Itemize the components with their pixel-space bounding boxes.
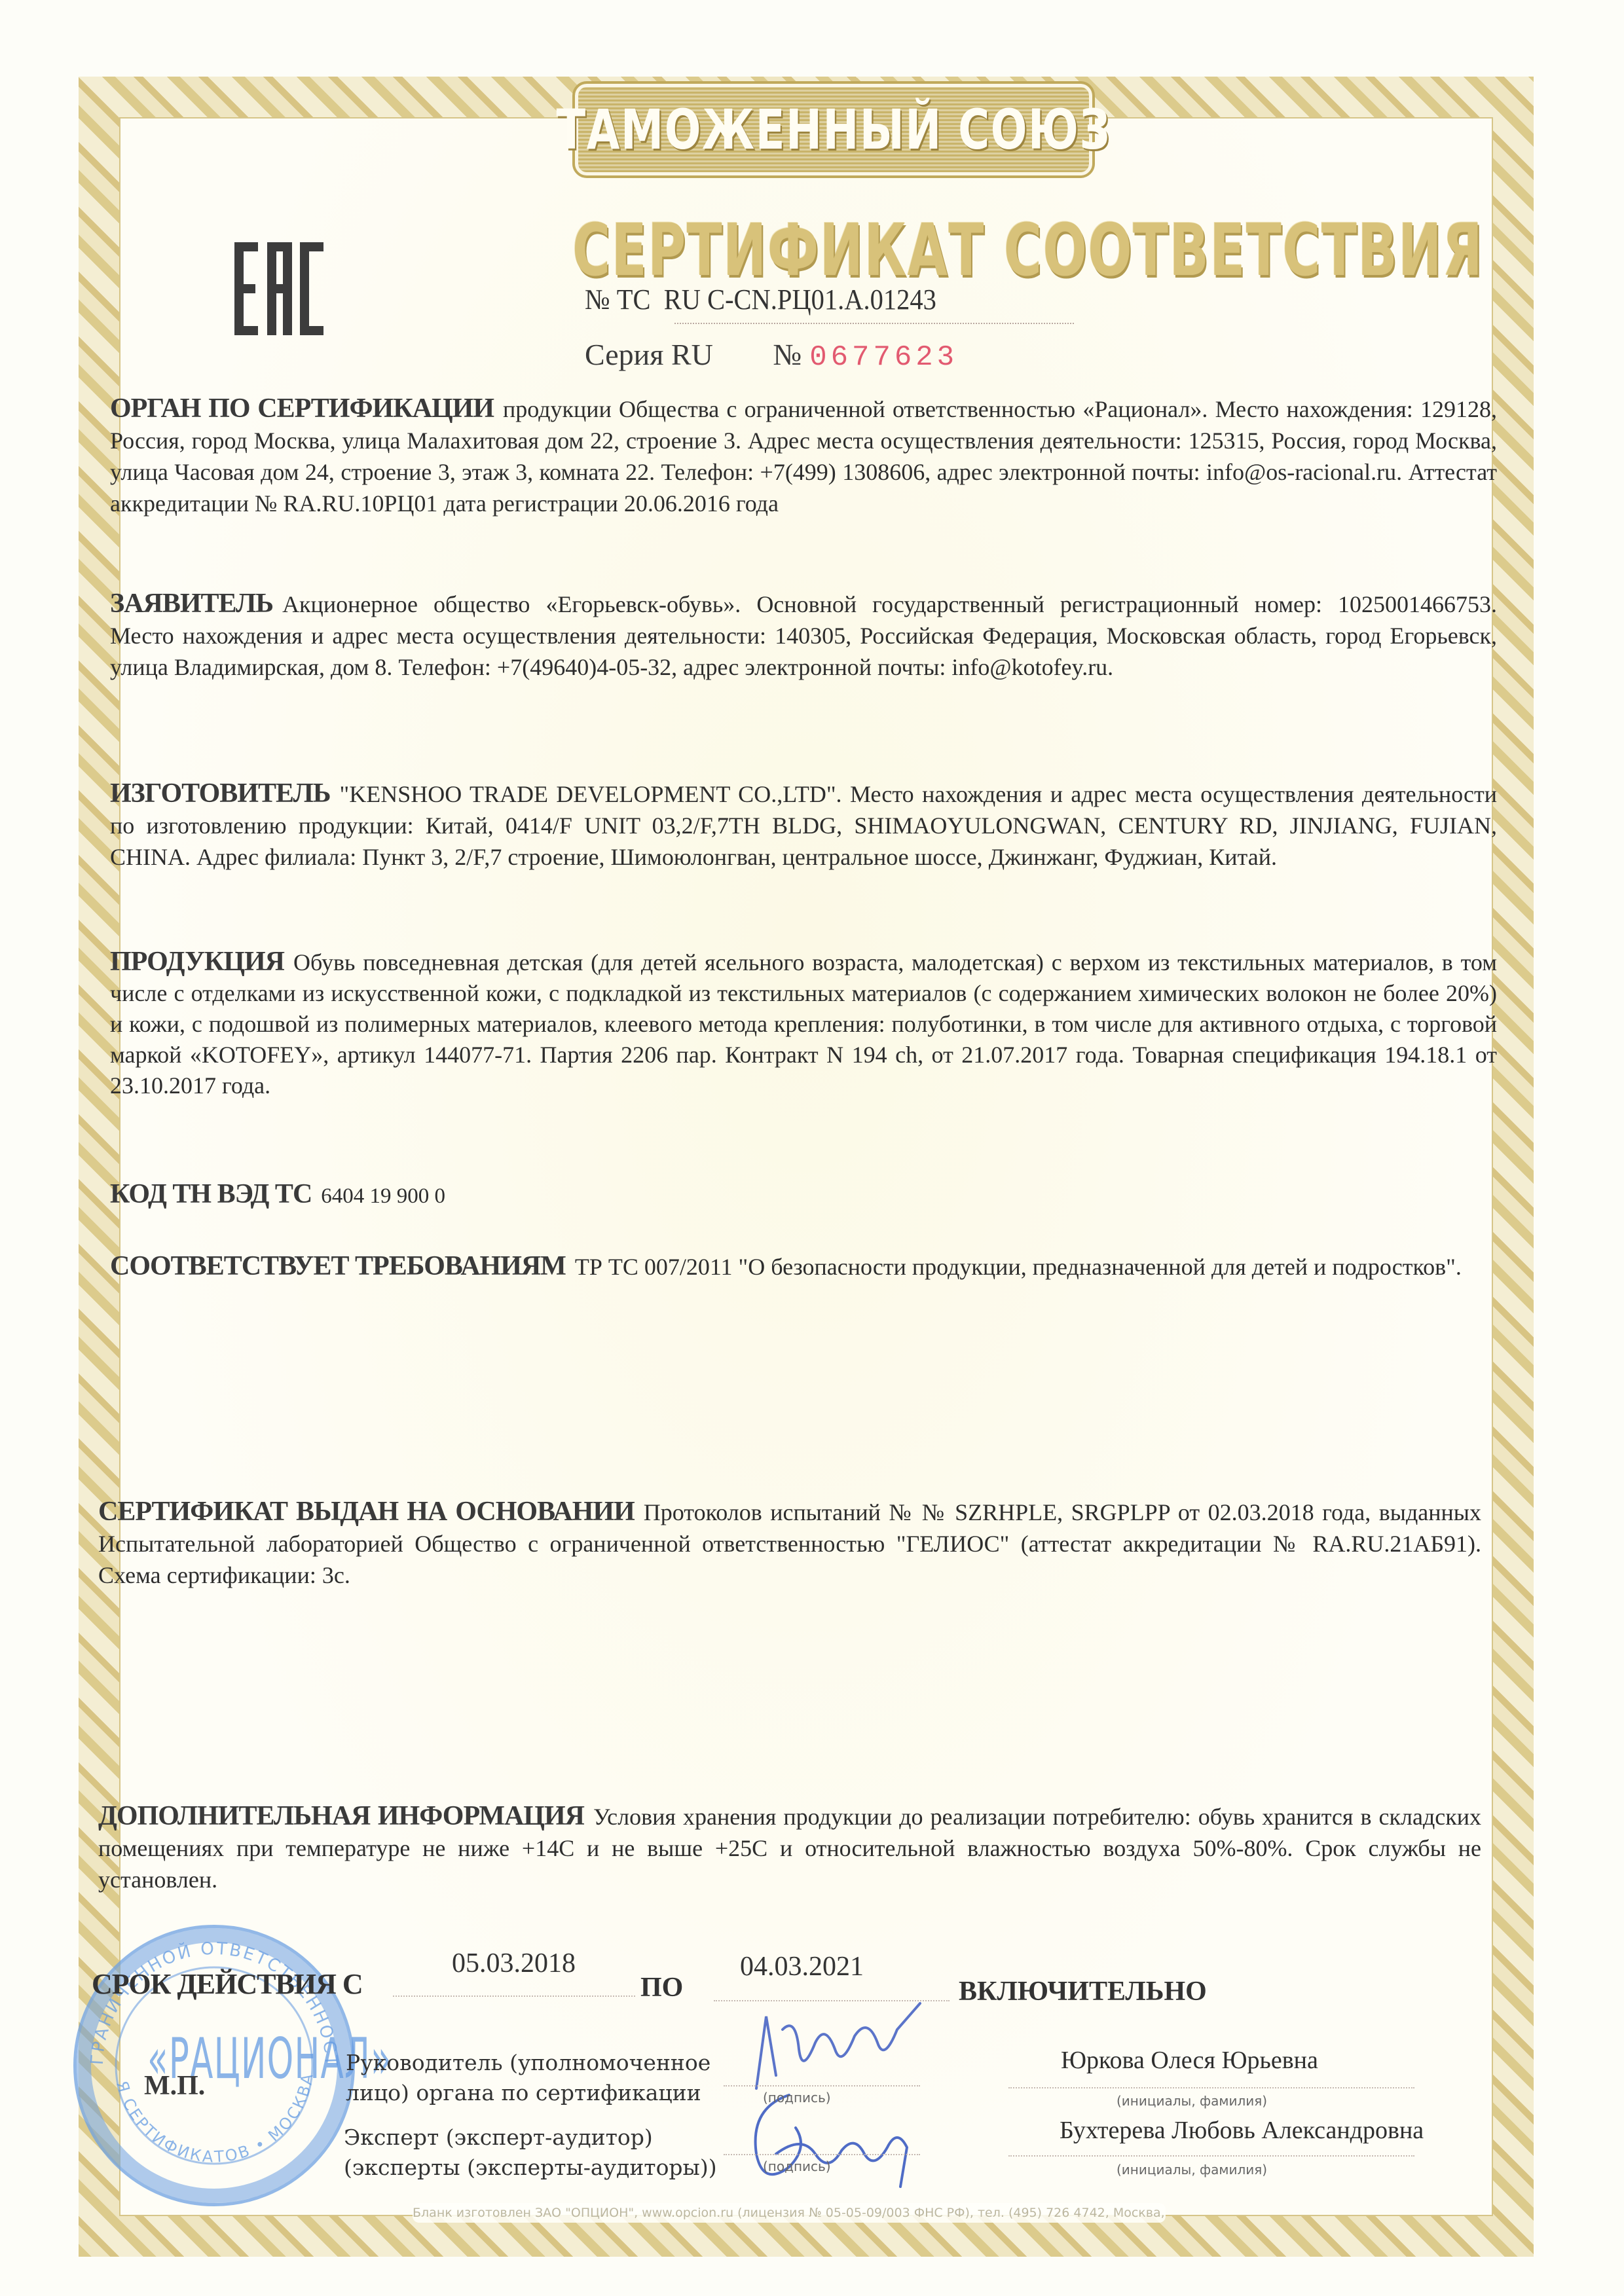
expert-name: Бухтерева Любовь Александровна: [1060, 2116, 1424, 2145]
expert-signature-line: [724, 2154, 920, 2155]
series-line: Серия RU №0677623: [585, 337, 958, 374]
expert-role-label: Эксперт (эксперт-аудитор) (эксперты (экс…: [344, 2123, 717, 2183]
section-label: ОРГАН ПО СЕРТИФИКАЦИИ: [110, 393, 494, 424]
section-label: СООТВЕТСТВУЕТ ТРЕБОВАНИЯМ: [110, 1251, 566, 1281]
printer-imprint: Бланк изготовлен ЗАО "ОПЦИОН", www.opcio…: [413, 2203, 1166, 2223]
section-label: ДОПОЛНИТЕЛЬНАЯ ИНФОРМАЦИЯ: [98, 1801, 584, 1831]
valid-to-date: 04.03.2021: [740, 1951, 864, 1982]
series-label: Серия: [585, 338, 663, 371]
head-name-line: [1008, 2087, 1414, 2088]
section-applicant: ЗАЯВИТЕЛЬАкционерное общество «Егорьевск…: [110, 588, 1497, 683]
section-label: СЕРТИФИКАТ ВЫДАН НА ОСНОВАНИИ: [98, 1497, 635, 1527]
certificate-title: СЕРТИФИКАТ СООТВЕТСТВИЯ: [572, 208, 1091, 292]
eac-logo-icon: [234, 242, 329, 335]
head-signature-caption: (подпись): [763, 2090, 831, 2105]
head-role-label: Руководитель (уполномоченное лицо) орган…: [346, 2048, 710, 2108]
section-hs-code: КОД ТН ВЭД ТС6404 19 900 0: [110, 1178, 1497, 1212]
section-text: 6404 19 900 0: [321, 1184, 445, 1208]
section-label: КОД ТН ВЭД ТС: [110, 1179, 312, 1209]
section-label: ПРОДУКЦИЯ: [110, 947, 284, 977]
valid-to-label: ПО: [640, 1972, 683, 2003]
section-label: ЗАЯВИТЕЛЬ: [110, 589, 273, 619]
section-certification-body: ОРГАН ПО СЕРТИФИКАЦИИпродукции Общества …: [110, 393, 1497, 519]
valid-from-date: 05.03.2018: [452, 1948, 576, 1979]
head-role-line: лицо) органа по сертификации: [346, 2078, 710, 2108]
cert-number-underline: [674, 323, 1074, 324]
head-name-caption: (инициалы, фамилия): [1116, 2093, 1267, 2109]
section-additional-info: ДОПОЛНИТЕЛЬНАЯ ИНФОРМАЦИЯУсловия хранени…: [98, 1800, 1481, 1895]
section-label: ИЗГОТОВИТЕЛЬ: [110, 778, 331, 809]
section-manufacturer: ИЗГОТОВИТЕЛЬ"KENSHOO TRADE DEVELOPMENT C…: [110, 778, 1497, 873]
section-issued-basis: СЕРТИФИКАТ ВЫДАН НА ОСНОВАНИИПротоколов …: [98, 1496, 1481, 1591]
banner-text: ТАМОЖЕННЫЙ СОЮЗ: [556, 98, 1111, 162]
expert-role-line: Эксперт (эксперт-аудитор): [344, 2123, 717, 2153]
head-signature-line: [724, 2085, 920, 2086]
blank-number-label: №: [773, 338, 802, 371]
section-product: ПРОДУКЦИЯОбувь повседневная детская (для…: [110, 947, 1497, 1101]
section-text: ТР ТС 007/2011 "О безопасности продукции…: [575, 1254, 1462, 1280]
head-role-line: Руководитель (уполномоченное: [346, 2048, 710, 2078]
valid-from-underline: [393, 1995, 635, 1997]
validity-label: СРОК ДЕЙСТВИЯ С: [92, 1967, 363, 2001]
section-text: Обувь повседневная детская (для детей яс…: [110, 949, 1497, 1099]
inclusive-label: ВКЛЮЧИТЕЛЬНО: [959, 1976, 1207, 2007]
customs-union-banner: ТАМОЖЕННЫЙ СОЮЗ: [575, 84, 1092, 175]
head-signature-icon: [737, 1990, 933, 2095]
expert-name-caption: (инициалы, фамилия): [1116, 2162, 1267, 2178]
series-value: RU: [671, 338, 713, 371]
certificate-number: № ТСRU C-CN.РЦ01.А.01243: [585, 283, 936, 316]
section-conforms-requirements: СООТВЕТСТВУЕТ ТРЕБОВАНИЯМТР ТС 007/2011 …: [110, 1250, 1497, 1283]
blank-number: 0677623: [809, 341, 958, 374]
section-text: Акционерное общество «Егорьевск-обувь». …: [110, 591, 1497, 680]
cert-number-value: RU C-CN.РЦ01.А.01243: [664, 283, 936, 316]
expert-signature-caption: (подпись): [763, 2159, 831, 2174]
expert-name-line: [1008, 2155, 1414, 2157]
head-name: Юркова Олеся Юрьевна: [1061, 2046, 1318, 2075]
expert-role-line: (эксперты (эксперты-аудиторы)): [344, 2153, 717, 2183]
cert-number-label: № ТС: [585, 283, 650, 316]
seal-place-label: М.П.: [144, 2070, 205, 2102]
